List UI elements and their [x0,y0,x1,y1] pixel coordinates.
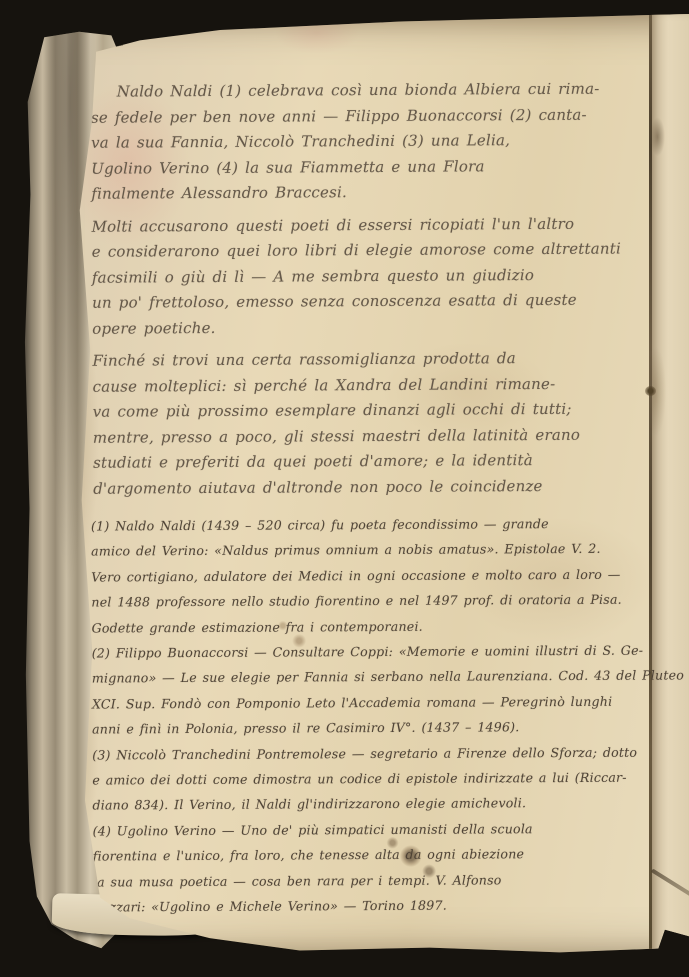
footnote-line: (4) Ugolino Verino — Uno de' più simpati… [93,815,671,843]
footnote-line: nel 1488 professore nello studio fiorent… [91,587,669,615]
footnote-line: Godette grande estimazione fra i contemp… [91,612,669,640]
footnote: (1) Naldo Naldi (1439 – 520 circa) fu po… [91,510,670,640]
handwritten-line: Naldo Naldi (1) celebrava così una biond… [91,76,651,105]
footnote: (3) Niccolò Tranchedini Pontremolese — s… [92,739,670,818]
footnote-line: fiorentina e l'unico, fra loro, che tene… [93,841,671,869]
handwritten-line: opere poetiche. [92,313,652,342]
handwritten-line: cause molteplici: sì perché la Xandra de… [92,371,652,400]
footnotes-block: (1) Naldo Naldi (1439 – 520 circa) fu po… [91,510,671,920]
handwritten-line: Ugolino Verino (4) la sua Fiammetta e un… [91,153,651,182]
footnote-line: Vero cortigiano, adulatore dei Medici in… [91,561,669,589]
footnote-line: (2) Filippo Buonaccorsi — Consultare Cop… [92,638,670,666]
handwritten-line: va come più prossimo esemplare dinanzi a… [93,396,653,425]
handwritten-line: facsimili o giù di lì — A me sembra ques… [92,262,652,291]
handwritten-line: studiati e preferiti da quei poeti d'amo… [93,447,653,476]
handwritten-line: Finché si trovi una certa rassomiglianza… [92,345,652,374]
footnote-line: anni e finì in Polonia, presso il re Cas… [92,714,670,742]
footnote-line: Lazzari: «Ugolino e Michele Verino» — To… [93,892,671,920]
handwritten-line: Molti accusarono questi poeti di essersi… [92,211,652,240]
handwritten-line: se fedele per ben nove anni — Filippo Bu… [91,102,651,131]
footnote-line: mignano» — Le sue elegie per Fannia si s… [92,663,670,691]
footnote-line: (3) Niccolò Tranchedini Pontremolese — s… [92,739,670,767]
paragraph: Finché si trovi una certa rassomiglianza… [92,345,653,501]
footnote-line: diano 834). Il Verino, il Naldi gl'indir… [92,790,670,818]
handwritten-line: d'argomento aiutava d'altronde non poco … [93,473,653,502]
footnote-line: e amico dei dotti come dimostra un codic… [92,765,670,793]
footnote-line: (1) Naldo Naldi (1439 – 520 circa) fu po… [91,510,669,538]
footnote-line: XCI. Sup. Fondò con Pomponio Leto l'Acca… [92,688,670,716]
paragraph: Naldo Naldi (1) celebrava così una biond… [91,76,652,207]
handwritten-line: un po' frettoloso, emesso senza conoscen… [92,287,652,316]
handwritten-line: mentre, presso a poco, gli stessi maestr… [93,422,653,451]
handwritten-line: e considerarono quei loro libri di elegi… [92,236,652,265]
photograph-background: 14 Naldo Naldi (1) celebrava così una bi… [0,0,689,977]
footnote: (4) Ugolino Verino — Uno de' più simpati… [93,815,672,920]
main-text-block: Naldo Naldi (1) celebrava così una biond… [91,76,654,508]
footnote-line: la sua musa poetica — cosa ben rara per … [93,866,671,894]
paragraph: Molti accusarono questi poeti di essersi… [92,211,653,342]
handwritten-line: finalmente Alessandro Braccesi. [91,178,651,207]
handwritten-line: va la sua Fannia, Niccolò Tranchedini (3… [91,127,651,156]
manuscript-page: 14 Naldo Naldi (1) celebrava così una bi… [36,14,689,958]
footnote: (2) Filippo Buonaccorsi — Consultare Cop… [92,638,671,743]
footnote-line: amico del Verino: «Naldus primus omnium … [91,536,669,564]
